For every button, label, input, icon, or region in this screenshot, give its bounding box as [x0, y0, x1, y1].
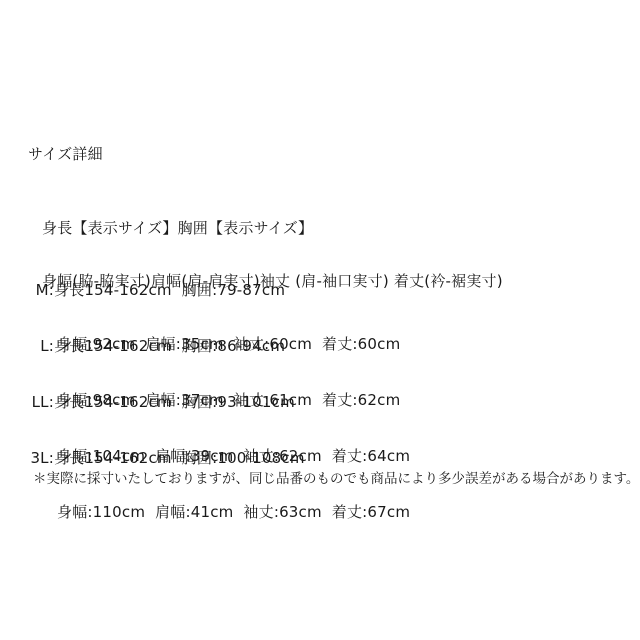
size-row-primary: 3L:身長154-162cm 胸囲:100-108cm	[28, 449, 410, 467]
legend-line-1: 身長【表示サイズ】胸囲【表示サイズ】	[42, 220, 503, 238]
size-row-secondary: 身幅:110cm 肩幅:41cm 袖丈:63cm 着丈:67cm	[28, 503, 410, 521]
size-label: L:	[28, 337, 54, 355]
size-row-primary: L:身長154-162cm 胸囲:86-94cm	[28, 337, 400, 355]
size-row-primary: M:身長154-162cm 胸囲:79-87cm	[28, 281, 400, 299]
size-height-chest: 身長154-162cm 胸囲:100-108cm	[54, 449, 305, 467]
size-row-primary: LL:身長154-162cm 胸囲:93-101cm	[28, 393, 410, 411]
size-height-chest: 身長154-162cm 胸囲:79-87cm	[54, 281, 285, 299]
size-label: 3L:	[28, 449, 54, 467]
size-label: M:	[28, 281, 54, 299]
size-height-chest: 身長154-162cm 胸囲:93-101cm	[54, 393, 295, 411]
measurement-note: ＊実際に採寸いたしておりますが、同じ品番のものでも商品により多少誤差がある場合が…	[33, 470, 639, 488]
size-height-chest: 身長154-162cm 胸囲:86-94cm	[54, 337, 285, 355]
size-detail-page: サイズ詳細 身長【表示サイズ】胸囲【表示サイズ】 身幅(脇-脇実寸)肩幅(肩-肩…	[0, 0, 640, 640]
page-title: サイズ詳細	[28, 145, 103, 163]
size-label: LL:	[28, 393, 54, 411]
